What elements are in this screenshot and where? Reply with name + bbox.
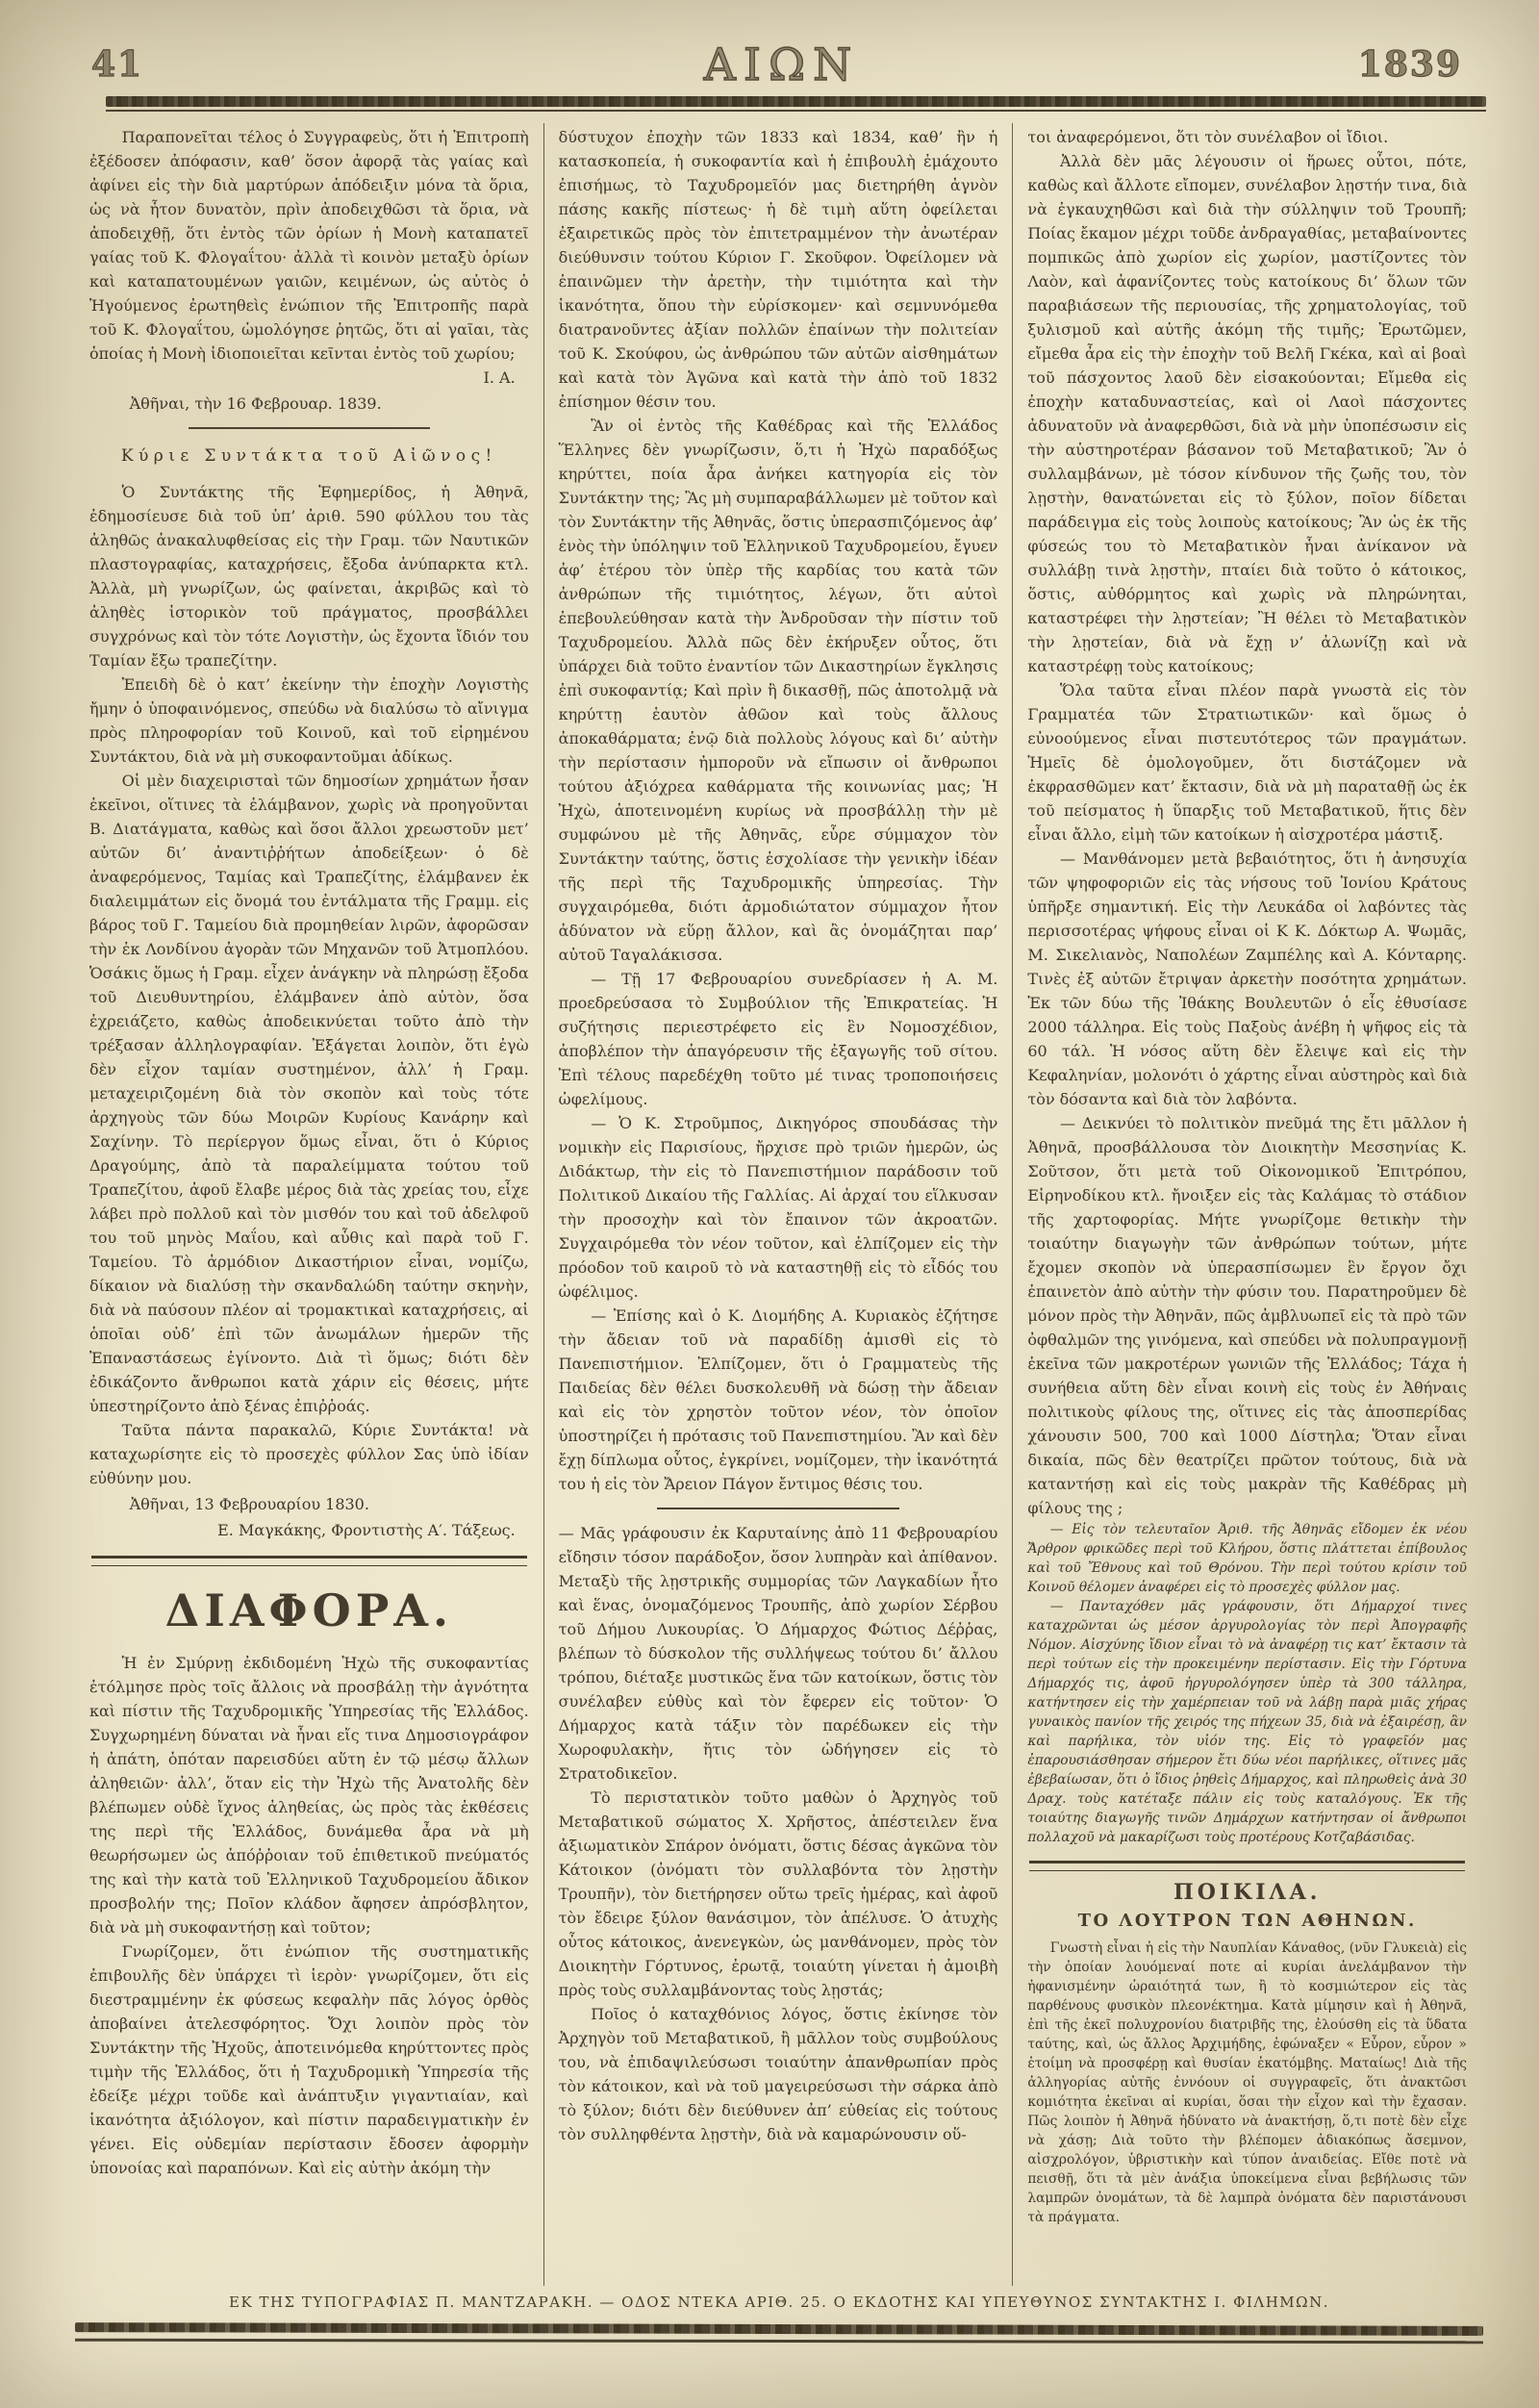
newspaper-title: ΑΙΩΝ bbox=[82, 38, 1481, 90]
masthead-rule-thin bbox=[106, 110, 1486, 112]
section-heading: ΔΙΑΦΟΡΑ. bbox=[89, 1585, 529, 1636]
newspaper-page: 41 ΑΙΩΝ 1839 Παραπονεῖται τέλος ὁ Συγγρα… bbox=[0, 0, 1539, 2408]
text-block: Ὅλα ταῦτα εἶναι πλέον παρὰ γνωστὰ εἰς τὸ… bbox=[1027, 678, 1467, 847]
text-block: — Μανθάνομεν μετὰ βεβαιότητος, ὅτι ἡ ἀνη… bbox=[1027, 847, 1467, 1111]
divider-rule bbox=[1029, 1861, 1465, 1871]
masthead: 41 ΑΙΩΝ 1839 bbox=[82, 38, 1481, 96]
issue-year: 1839 bbox=[1358, 44, 1462, 85]
column-3: τοι ἀναφερόμενοι, ὅτι τὸν συνέλαβον οἱ ἴ… bbox=[1012, 123, 1481, 2286]
divider-rule bbox=[91, 1556, 527, 1566]
text-block: Ταῦτα πάντα παρακαλῶ, Κύριε Συντάκτα! νὰ… bbox=[89, 1418, 529, 1490]
text-block: Τὸ περιστατικὸν τοῦτο μαθὼν ὁ Ἀρχηγὸς το… bbox=[559, 1786, 998, 2002]
footer-rule-thin bbox=[75, 2339, 1483, 2344]
article-columns: Παραπονεῖται τέλος ὁ Συγγραφεὺς, ὅτι ἡ Ἐ… bbox=[75, 123, 1481, 2286]
column-1: Παραπονεῖται τέλος ὁ Συγγραφεὺς, ὅτι ἡ Ἐ… bbox=[75, 123, 543, 2286]
text-block: Ι. Α. bbox=[89, 366, 529, 390]
text-block: Ε. Μαγκάκης, Φροντιστὴς Α′. Τάξεως. bbox=[89, 1518, 529, 1542]
column-2: δύστυχον ἐποχὴν τῶν 1833 καὶ 1834, καθ’ … bbox=[543, 123, 1013, 2286]
text-block: Ἀλλὰ δὲν μᾶς λέγουσιν οἱ ἥρωες οὗτοι, πό… bbox=[1027, 149, 1467, 678]
text-block: δύστυχον ἐποχὴν τῶν 1833 καὶ 1834, καθ’ … bbox=[559, 125, 998, 414]
footer-rule-thick bbox=[75, 2322, 1483, 2336]
text-block: — Εἰς τὸν τελευταῖον Ἀριθ. τῆς Ἀθηνᾶς εἴ… bbox=[1027, 1520, 1467, 1597]
text-block: — Μᾶς γράφουσιν ἐκ Καρυταίνης ἀπὸ 11 Φεβ… bbox=[559, 1521, 998, 1786]
text-block: Οἱ μὲν διαχειρισταὶ τῶν δημοσίων χρημάτω… bbox=[89, 769, 529, 1418]
text-block: — Τῇ 17 Φεβρουαρίου συνεδρίασεν ἡ Α. Μ. … bbox=[559, 967, 998, 1111]
text-block: — Ὁ Κ. Στροῦμπος, Δικηγόρος σπουδάσας τὴ… bbox=[559, 1111, 998, 1304]
text-block: — Πανταχόθεν μᾶς γράφουσιν, ὅτι Δήμαρχοί… bbox=[1027, 1597, 1467, 1847]
text-block: Ἐπειδὴ δὲ ὁ κατ’ ἐκείνην τὴν ἐποχὴν Λογι… bbox=[89, 672, 529, 769]
text-block: — Δεικνύει τὸ πολιτικὸν πνεῦμά της ἔτι μ… bbox=[1027, 1111, 1467, 1520]
section-heading: ΠΟΙΚΙΛΑ. bbox=[1027, 1881, 1467, 1905]
text-block: Ἀθῆναι, 13 Φεβρουαρίου 1830. bbox=[89, 1492, 529, 1516]
section-heading: Κύριε Συντάκτα τοῦ Αἰῶνος! bbox=[89, 444, 529, 469]
text-block: Γνωστὴ εἶναι ἡ εἰς τὴν Ναυπλίαν Κάναθος,… bbox=[1027, 1939, 1467, 2227]
text-block: Ἂν οἱ ἐντὸς τῆς Καθέδρας καὶ τῆς Ἑλλάδος… bbox=[559, 414, 998, 967]
text-block: Ἡ ἐν Σμύρνῃ ἐκδιδομένη Ἠχὼ τῆς συκοφαντί… bbox=[89, 1651, 529, 1939]
text-block: Ἀθῆναι, τὴν 16 Φεβρουαρ. 1839. bbox=[89, 392, 529, 416]
masthead-rule-thick bbox=[106, 96, 1486, 107]
divider-rule bbox=[657, 1508, 898, 1509]
text-block: Ποῖος ὁ καταχθόνιος λόγος, ὅστις ἐκίνησε… bbox=[559, 2002, 998, 2146]
text-block: Παραπονεῖται τέλος ὁ Συγγραφεὺς, ὅτι ἡ Ἐ… bbox=[89, 125, 529, 366]
text-block: Ὁ Συντάκτης τῆς Ἐφημερίδος, ἡ Ἀθηνᾶ, ἐδη… bbox=[89, 480, 529, 672]
page-footer: ΕΚ ΤΗΣ ΤΥΠΟΓΡΑΦΙΑΣ Π. ΜΑΝΤΖΑΡΑΚΗ. — ΟΔΟΣ… bbox=[75, 2294, 1483, 2343]
text-block: Γνωρίζομεν, ὅτι ἐνώπιον τῆς συστηματικῆς… bbox=[89, 1939, 529, 2180]
section-heading: ΤΟ ΛΟΥΤΡΟΝ ΤΩΝ ΑΘΗΝΩΝ. bbox=[1027, 1909, 1467, 1933]
printer-imprint: ΕΚ ΤΗΣ ΤΥΠΟΓΡΑΦΙΑΣ Π. ΜΑΝΤΖΑΡΑΚΗ. — ΟΔΟΣ… bbox=[75, 2294, 1483, 2311]
text-block: — Ἐπίσης καὶ ὁ Κ. Διομήδης Α. Κυριακὸς ἐ… bbox=[559, 1304, 998, 1496]
divider-rule bbox=[189, 427, 430, 429]
text-block: τοι ἀναφερόμενοι, ὅτι τὸν συνέλαβον οἱ ἴ… bbox=[1027, 125, 1467, 149]
